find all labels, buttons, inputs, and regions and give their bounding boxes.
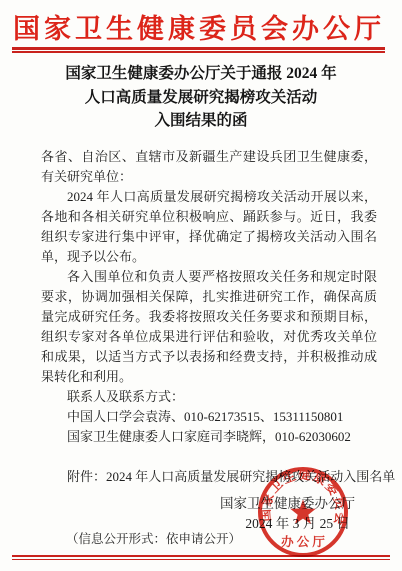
letterhead-rule-thin [12,51,385,53]
letter-body: 各省、自治区、直辖市及新疆生产建设兵团卫生健康委，有关研究单位： 2024 年人… [41,147,377,487]
official-seal: 国家卫生健康委员会 办 公 厅 [255,464,351,560]
body-paragraph-2: 各入围单位和负责人要严格按照攻关任务和规定时限要求，协调加强相关保障，扎实推进研… [41,267,377,387]
document-title-line-2: 人口高质量发展研究揭榜攻关活动 [0,86,402,110]
contact-line-2: 国家卫生健康委人口家庭司李晓辉，010-62030602 [41,427,377,447]
letterhead-rule-thick [12,47,385,50]
scanned-official-letter: 国家卫生健康委员会办公厅 国家卫生健康委办公厅关于通报 2024 年 人口高质量… [0,0,402,571]
contact-heading: 联系人及联系方式： [41,387,377,407]
salutation: 各省、自治区、直辖市及新疆生产建设兵团卫生健康委，有关研究单位： [41,147,377,187]
document-title-line-1: 国家卫生健康委办公厅关于通报 2024 年 [0,62,402,86]
seal-star-icon [290,500,316,524]
body-paragraph-1: 2024 年人口高质量发展研究揭榜攻关活动开展以来，各地和各相关研究单位积极响应… [41,187,377,267]
document-title: 国家卫生健康委办公厅关于通报 2024 年 人口高质量发展研究揭榜攻关活动 入围… [0,62,402,133]
seal-bottom-text: 办 公 厅 [281,534,325,549]
letterhead-banner: 国家卫生健康委员会办公厅 [13,13,385,45]
document-title-line-3: 入围结果的函 [0,109,402,133]
contact-line-1: 中国人口学会袁涛、010-62173515、15311150801 [41,407,377,427]
disclosure-note: （信息公开形式：依申请公开） [66,529,241,547]
letterhead-rule [12,47,385,53]
